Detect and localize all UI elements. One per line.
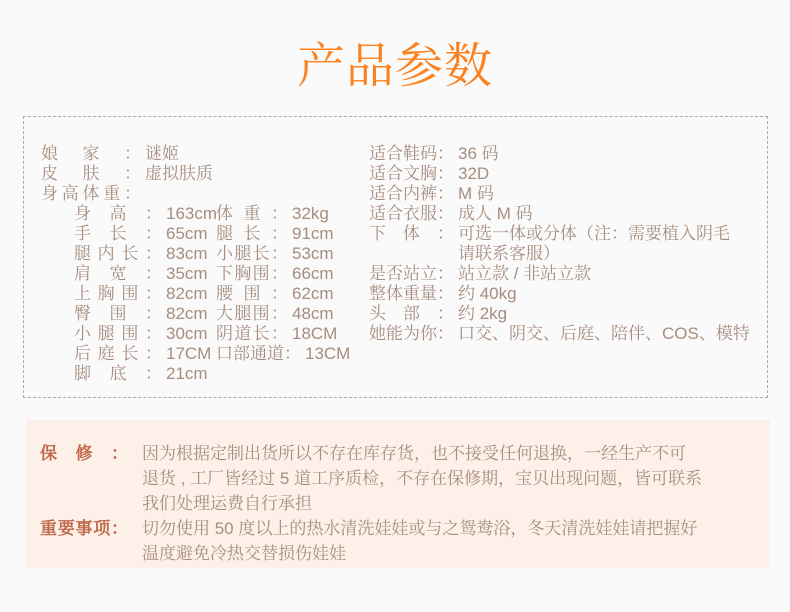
- specs-left-column: 娘家谜姬 皮肤虚拟肤质 身高体重 身高163cm体重32kg 手长65cm腿长9…: [41, 144, 369, 397]
- spec-label: 腰围: [216, 284, 288, 304]
- spec-value: 成人 M 码: [458, 204, 533, 224]
- spec-label: 口部通道: [216, 344, 301, 364]
- spec-row: 臀围82cm大腿围48cm: [41, 304, 369, 324]
- spec-row: 上胸围82cm腰围62cm: [41, 284, 369, 304]
- spec-row: 手长65cm腿长91cm: [41, 224, 369, 244]
- spec-value: 站立款 / 非站立款: [458, 264, 591, 284]
- warranty-row: 保修 因为根据定制出货所以不存在库存货，也不接受任何退换，一经生产不可 退货 ,…: [40, 441, 750, 516]
- spec-value: 82cm: [166, 304, 208, 323]
- spec-label: 适合文胸: [369, 164, 454, 184]
- spec-label: 后庭长: [74, 344, 162, 364]
- product-specs-panel: 娘家谜姬 皮肤虚拟肤质 身高体重 身高163cm体重32kg 手长65cm腿长9…: [23, 116, 768, 398]
- spec-label: 适合内裤: [369, 184, 454, 204]
- spec-value: 13CM: [305, 344, 350, 363]
- spec-value: 口交、阴交、后庭、陪伴、COS、模特: [458, 324, 750, 344]
- spec-row: 后庭长17CM口部通道13CM: [41, 344, 369, 364]
- spec-label: 脚底: [74, 364, 162, 384]
- spec-label: 下体: [369, 224, 454, 244]
- spec-value: 可选一体或分体（注：需要植入阴毛 请联系客服）: [458, 224, 730, 264]
- spec-value: 18CM: [292, 324, 337, 343]
- spec-label: 小腿长: [216, 244, 288, 264]
- page-title: 产品参数: [0, 42, 790, 92]
- warranty-text: 因为根据定制出货所以不存在库存货，也不接受任何退换，一经生产不可 退货 , 工厂…: [142, 441, 702, 516]
- spec-row: 肩宽35cm下胸围66cm: [41, 264, 369, 284]
- spec-row: 适合内裤M 码: [369, 184, 767, 204]
- spec-label: 臀围: [74, 304, 162, 324]
- spec-value: 约 2kg: [458, 304, 507, 324]
- spec-row: 身高体重: [41, 184, 369, 204]
- spec-value: M 码: [458, 184, 494, 204]
- spec-value: 82cm: [166, 284, 208, 303]
- spec-row: 适合鞋码36 码: [369, 144, 767, 164]
- important-notes-row: 重要事项 切勿使用 50 度以上的热水清洗娃娃或与之鸳鸯浴，冬天清洗娃娃请把握好…: [40, 516, 750, 566]
- spec-value: 36 码: [458, 144, 499, 164]
- spec-label: 肩宽: [74, 264, 162, 284]
- spec-label: 大腿围: [216, 304, 288, 324]
- spec-label: 她能为你: [369, 324, 454, 344]
- spec-label: 腿长: [216, 224, 288, 244]
- spec-value: 虚拟肤质: [145, 164, 213, 183]
- spec-row: 下体可选一体或分体（注：需要植入阴毛 请联系客服）: [369, 224, 767, 264]
- spec-row: 是否站立站立款 / 非站立款: [369, 264, 767, 284]
- spec-value: 163cm: [166, 204, 217, 223]
- spec-row: 身高163cm体重32kg: [41, 204, 369, 224]
- spec-value: 91cm: [292, 224, 334, 243]
- spec-value: 30cm: [166, 324, 208, 343]
- spec-value: 谜姬: [145, 144, 179, 163]
- spec-label: 适合鞋码: [369, 144, 454, 164]
- spec-label: 体重: [216, 204, 288, 224]
- warranty-label: 保修: [40, 441, 128, 466]
- spec-label: 是否站立: [369, 264, 454, 284]
- spec-value: 约 40kg: [458, 284, 517, 304]
- spec-value: 32D: [458, 164, 489, 184]
- spec-row: 脚底21cm: [41, 364, 369, 384]
- spec-row: 小腿围30cm阴道长18CM: [41, 324, 369, 344]
- spec-label: 整体重量: [369, 284, 454, 304]
- spec-value: 62cm: [292, 284, 334, 303]
- spec-row: 皮肤虚拟肤质: [41, 164, 369, 184]
- spec-label: 手长: [74, 224, 162, 244]
- spec-label: 身高: [74, 204, 162, 224]
- spec-label: 上胸围: [74, 284, 162, 304]
- important-notes-text: 切勿使用 50 度以上的热水清洗娃娃或与之鸳鸯浴，冬天清洗娃娃请把握好 温度避免…: [142, 516, 697, 566]
- spec-value: 32kg: [292, 204, 329, 223]
- spec-label: 阴道长: [216, 324, 288, 344]
- spec-label: 适合衣服: [369, 204, 454, 224]
- spec-label: 小腿围: [74, 324, 162, 344]
- spec-label: 头部: [369, 304, 454, 324]
- spec-label: 腿内长: [74, 244, 162, 264]
- spec-row: 头部约 2kg: [369, 304, 767, 324]
- spec-row: 她能为你口交、阴交、后庭、陪伴、COS、模特: [369, 324, 767, 344]
- spec-value: 21cm: [166, 364, 208, 383]
- spec-value: 53cm: [292, 244, 334, 263]
- spec-row: 腿内长83cm小腿长53cm: [41, 244, 369, 264]
- important-notes-label: 重要事项: [40, 516, 128, 541]
- spec-row: 适合衣服成人 M 码: [369, 204, 767, 224]
- spec-label: 娘家: [41, 144, 141, 164]
- notice-panel: 保修 因为根据定制出货所以不存在库存货，也不接受任何退换，一经生产不可 退货 ,…: [26, 420, 770, 568]
- spec-label: 下胸围: [216, 264, 288, 284]
- spec-value: 65cm: [166, 224, 208, 243]
- spec-value: 48cm: [292, 304, 334, 323]
- spec-row: 娘家谜姬: [41, 144, 369, 164]
- spec-value: 66cm: [292, 264, 334, 283]
- spec-value: 83cm: [166, 244, 208, 263]
- spec-value: 35cm: [166, 264, 208, 283]
- specs-right-column: 适合鞋码36 码 适合文胸32D 适合内裤M 码 适合衣服成人 M 码 下体可选…: [369, 144, 767, 397]
- spec-label: 皮肤: [41, 164, 141, 184]
- spec-row: 适合文胸32D: [369, 164, 767, 184]
- spec-label: 身高体重: [41, 184, 141, 204]
- spec-row: 整体重量约 40kg: [369, 284, 767, 304]
- spec-value: 17CM: [166, 344, 211, 363]
